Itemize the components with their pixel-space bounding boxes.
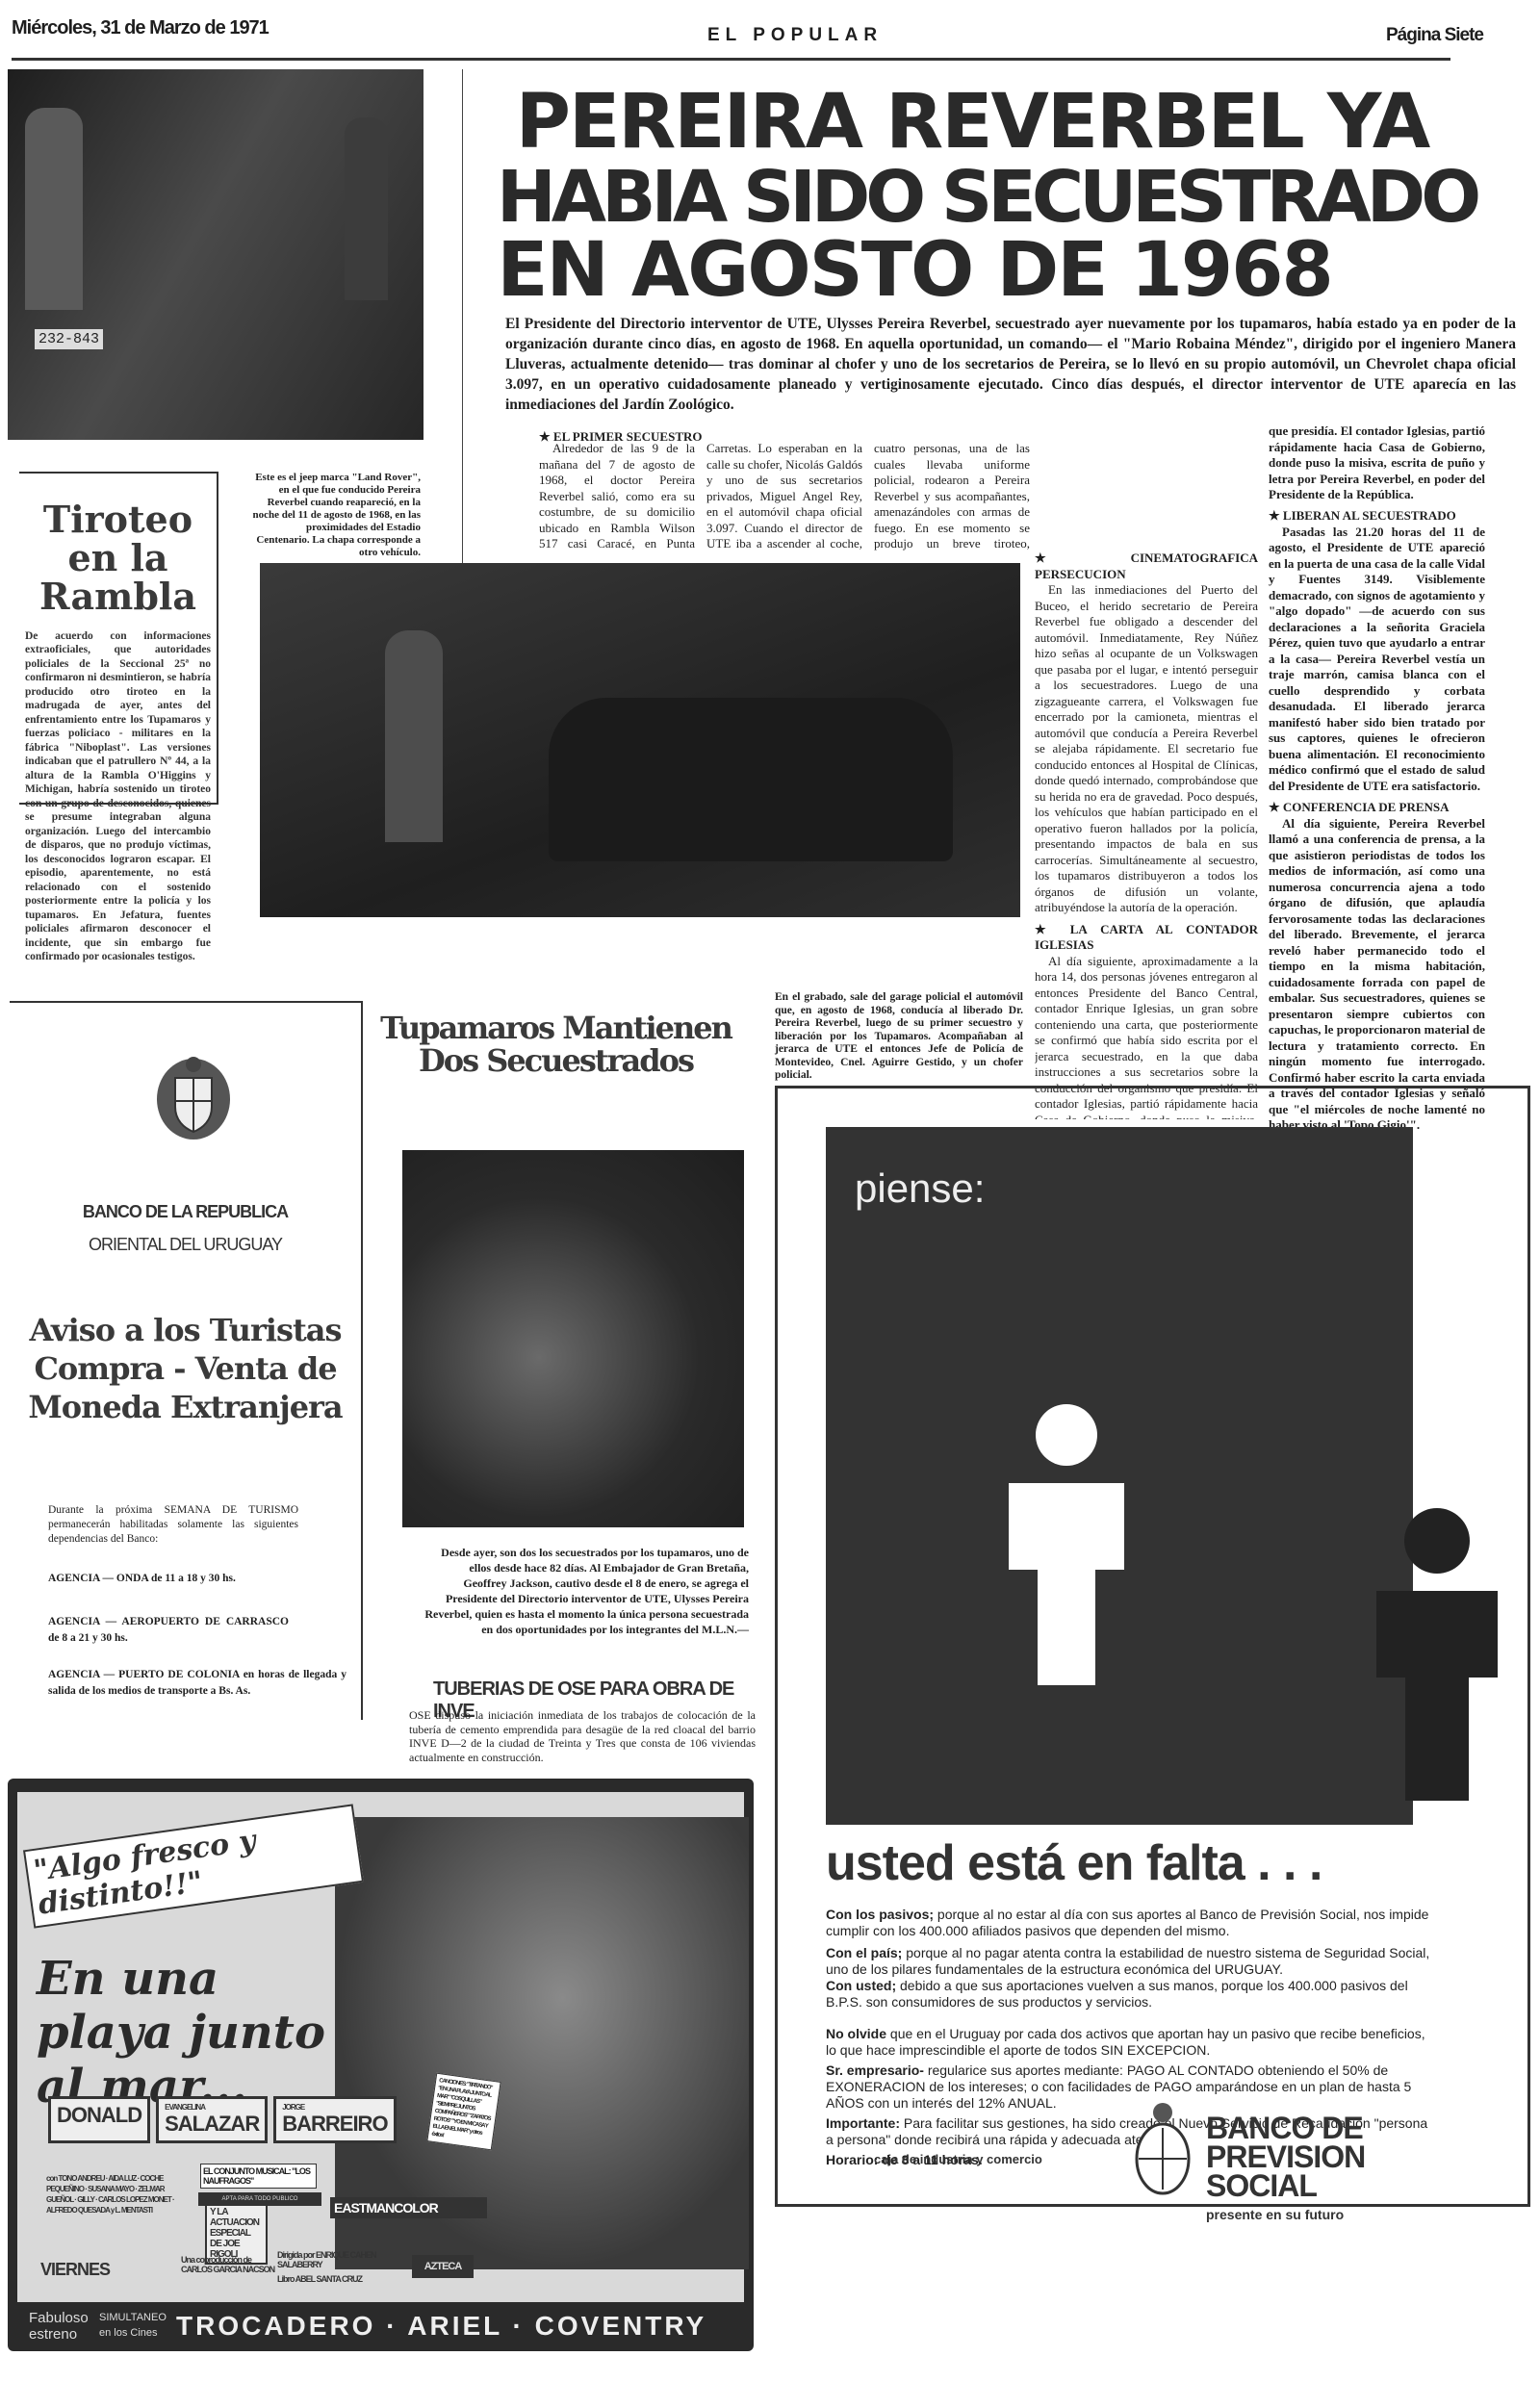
tiroteo-box: Tiroteo en la Rambla De acuerdo con info…: [19, 472, 218, 805]
star-barreiro: JORGEBARREIRO: [273, 2096, 396, 2143]
child-figure-dark-icon: [1365, 1502, 1509, 1801]
bps-bank-line: PREVISION: [1206, 2142, 1365, 2171]
star-salazar: EVANGELINASALAZAR: [156, 2096, 268, 2143]
footer-line: SIMULTANEO: [99, 2310, 167, 2325]
movie-songs: CANCIONES: "TIRITANDO" "EN UNA PLAYA JUN…: [426, 2073, 500, 2151]
main-headline-line-1: PEREIRA REVERBEL YA: [462, 85, 1482, 160]
section-text: Pasadas las 21.20 horas del 11 de agosto…: [1269, 525, 1485, 795]
footer-line: Fabuloso: [29, 2310, 89, 2326]
bps-ad: piense: usted está en falta . . . Con lo…: [775, 1086, 1530, 2207]
bps-paragraph-lead: Con el país;: [826, 1945, 902, 1960]
section-title: CONFERENCIA DE PRENSA: [1283, 800, 1450, 814]
brou-title-line: Moneda Extranjera: [10, 1388, 361, 1426]
article-column-4: que presidía. El contador Iglesias, part…: [1269, 423, 1485, 1134]
bps-paragraph-text: que en el Uruguay por cada dos activos q…: [826, 2026, 1425, 2058]
brou-title: Aviso a los Turistas Compra - Venta de M…: [10, 1311, 361, 1426]
section-text: Alrededor de las 9 de la mañana del 7 de…: [539, 441, 1030, 561]
section-heading: ★ CONFERENCIA DE PRENSA: [1269, 800, 1485, 816]
person-figure: [25, 108, 83, 310]
brou-bank-name: BANCO DE LA REPUBLICA ORIENTAL DEL URUGU…: [10, 1195, 361, 1261]
tiroteo-title-line: en la: [19, 539, 217, 577]
bps-headline: usted está en falta . . .: [826, 1834, 1322, 1892]
movie-writer: Libro ABEL SANTA CRUZ: [277, 2274, 412, 2284]
bps-paragraph: No olvide que en el Uruguay por cada dos…: [826, 2026, 1432, 2059]
person-figure: [385, 630, 443, 842]
movie-stars: DONALD EVANGELINASALAZAR JORGEBARREIRO: [48, 2096, 397, 2143]
movie-day: VIERNES: [40, 2260, 110, 2280]
movie-cast: con TONO ANDREU · AIDA LUZ · COCHE PEQUE…: [46, 2173, 191, 2216]
article-column-3: ★ CINEMATOGRAFICA PERSECUCION En las inm…: [1035, 423, 1258, 1119]
star-last-name: DONALD: [57, 2103, 141, 2128]
bps-paragraph-text: porque al no pagar atenta contra la esta…: [826, 1945, 1429, 1977]
bps-paragraph: Sr. empresario- regularice sus aportes m…: [826, 2062, 1432, 2112]
tupamaros-caption: Desde ayer, son dos los secuestrados por…: [423, 1545, 749, 1637]
brou-agency-1: AGENCIA — ONDA de 11 a 18 y 30 hs.: [48, 1571, 346, 1587]
brou-agency-3: AGENCIA — PUERTO DE COLONIA en horas de …: [48, 1667, 346, 1699]
star-last-name: SALAZAR: [165, 2112, 259, 2137]
movie-ad: "Algo fresco y distinto!!" En una playa …: [8, 1779, 754, 2351]
page-number: Página Siete: [1386, 25, 1483, 46]
bps-paragraph: Con los pasivos; porque al no estar al d…: [826, 1907, 1432, 1939]
bps-paragraph-text: debido a que sus aportaciones vuelven a …: [826, 1978, 1408, 2010]
movie-producer: Una coproducción de CARLOS GARCIA NACSON: [181, 2255, 277, 2274]
section-heading: ★ LA CARTA AL CONTADOR IGLESIAS: [1035, 922, 1258, 954]
coat-of-arms-icon: [154, 1051, 233, 1145]
bps-bank-line: SOCIAL: [1206, 2171, 1365, 2200]
movie-band: EL CONJUNTO MUSICAL: "LOS NAUFRAGOS": [200, 2164, 317, 2189]
bps-paragraph-lead: Sr. empresario-: [826, 2062, 924, 2078]
bps-paragraph-lead: Con los pasivos;: [826, 1907, 934, 1922]
lead-paragraph: El Presidente del Directorio interventor…: [505, 314, 1516, 415]
star-last-name: BARREIRO: [282, 2112, 387, 2137]
movie-footer-left: Fabuloso estreno: [29, 2310, 89, 2343]
movie-color: EASTMANCOLOR: [330, 2197, 487, 2218]
brou-title-line: Compra - Venta de: [10, 1349, 361, 1388]
movie-title: En una playa junto al mar...: [37, 1952, 345, 2113]
portrait-photo: [402, 1150, 744, 1527]
tupamaros-headline-line: Dos Secuestrados: [380, 1045, 731, 1078]
bps-paragraph: Con usted; debido a que sus aportaciones…: [826, 1978, 1432, 2011]
tiroteo-title: Tiroteo en la Rambla: [19, 500, 217, 616]
brou-ad: BANCO DE LA REPUBLICA ORIENTAL DEL URUGU…: [10, 1001, 363, 1720]
movie-cinemas: TROCADERO · ARIEL · COVENTRY: [176, 2311, 706, 2342]
jeep-photo: 232-843: [8, 69, 423, 440]
bps-paragraph-lead: No olvide: [826, 2026, 886, 2041]
article-columns-text: Alrededor de las 9 de la mañana del 7 de…: [539, 441, 1030, 561]
garage-caption: En el grabado, sale del garage policial …: [775, 991, 1023, 1083]
bps-paragraph-lead: Importante:: [826, 2115, 900, 2131]
bps-word: piense:: [855, 1165, 985, 1212]
tiroteo-title-line: Tiroteo: [19, 500, 217, 539]
movie-rating: APTA PARA TODO PUBLICO: [198, 2192, 321, 2206]
masthead-rule: [12, 58, 1450, 61]
footer-line: en los Cines: [99, 2325, 167, 2341]
star-first-name: JORGE: [282, 2103, 387, 2112]
bps-paragraph-lead: Con usted;: [826, 1978, 896, 1993]
garage-photo: [260, 563, 1020, 917]
brou-bank-line: ORIENTAL DEL URUGUAY: [10, 1228, 361, 1261]
bps-bank-name: BANCO DE PREVISION SOCIAL: [1206, 2113, 1365, 2200]
brou-title-line: Aviso a los Turistas: [10, 1311, 361, 1349]
tiroteo-text: De acuerdo con informaciones extraoficia…: [25, 629, 211, 964]
studio-logo: AZTECA: [412, 2255, 474, 2278]
tiroteo-title-line: Rambla: [19, 577, 217, 616]
main-headline-line-2: HABIA SIDO SECUESTRADO: [452, 162, 1521, 233]
star-first-name: EVANGELINA: [165, 2103, 259, 2112]
section-title: LA CARTA AL CONTADOR IGLESIAS: [1035, 922, 1258, 953]
section-text: En las inmediaciones del Puerto del Buce…: [1035, 582, 1258, 916]
section-text-continued: que presidía. El contador Iglesias, part…: [1269, 423, 1485, 502]
movie-footer-mid: SIMULTANEO en los Cines: [99, 2310, 167, 2341]
tupamaros-headline-line: Tupamaros Mantienen: [380, 1012, 731, 1045]
section-heading: ★ LIBERAN AL SECUESTRADO: [1269, 508, 1485, 525]
brou-intro: Durante la próxima SEMANA DE TURISMO per…: [48, 1503, 298, 1547]
footer-line: estreno: [29, 2326, 89, 2343]
section-title: CINEMATOGRAFICA PERSECUCION: [1035, 551, 1258, 581]
caja-label: caja de industria y comercio: [874, 2152, 1042, 2166]
car-shape: [549, 698, 953, 861]
bps-slogan: presente en su futuro: [1206, 2207, 1344, 2222]
child-figure-white-icon: [999, 1396, 1134, 1685]
section-title: LIBERAN AL SECUESTRADO: [1283, 508, 1456, 523]
license-plate: 232-843: [35, 329, 103, 349]
bps-coat-of-arms-icon: [1134, 2099, 1192, 2200]
section-heading: ★ CINEMATOGRAFICA PERSECUCION: [1035, 551, 1258, 582]
paper-name: EL POPULAR: [707, 25, 883, 46]
person-figure: [345, 117, 388, 300]
date-line: Miércoles, 31 de Marzo de 1971: [12, 17, 269, 39]
brou-bank-line: BANCO DE LA REPUBLICA: [10, 1195, 361, 1228]
bps-paragraph: Con el país; porque al no pagar atenta c…: [826, 1945, 1432, 1978]
star-donald: DONALD: [48, 2096, 150, 2143]
jeep-caption: Este es el jeep marca "Land Rover", en e…: [252, 472, 421, 559]
movie-director: Dirigida por ENRIQUE CAHEN SALABERRY: [277, 2250, 412, 2269]
bps-bank-line: BANCO DE: [1206, 2113, 1365, 2142]
brou-agency-2: AGENCIA — AEROPUERTO DE CARRASCO de 8 a …: [48, 1614, 289, 1646]
main-headline-line-3: EN AGOSTO DE 1968: [462, 233, 1367, 308]
ose-text: OSE dispuso la iniciación inmediata de l…: [409, 1708, 756, 1764]
tupamaros-headline: Tupamaros Mantienen Dos Secuestrados: [380, 1012, 731, 1077]
